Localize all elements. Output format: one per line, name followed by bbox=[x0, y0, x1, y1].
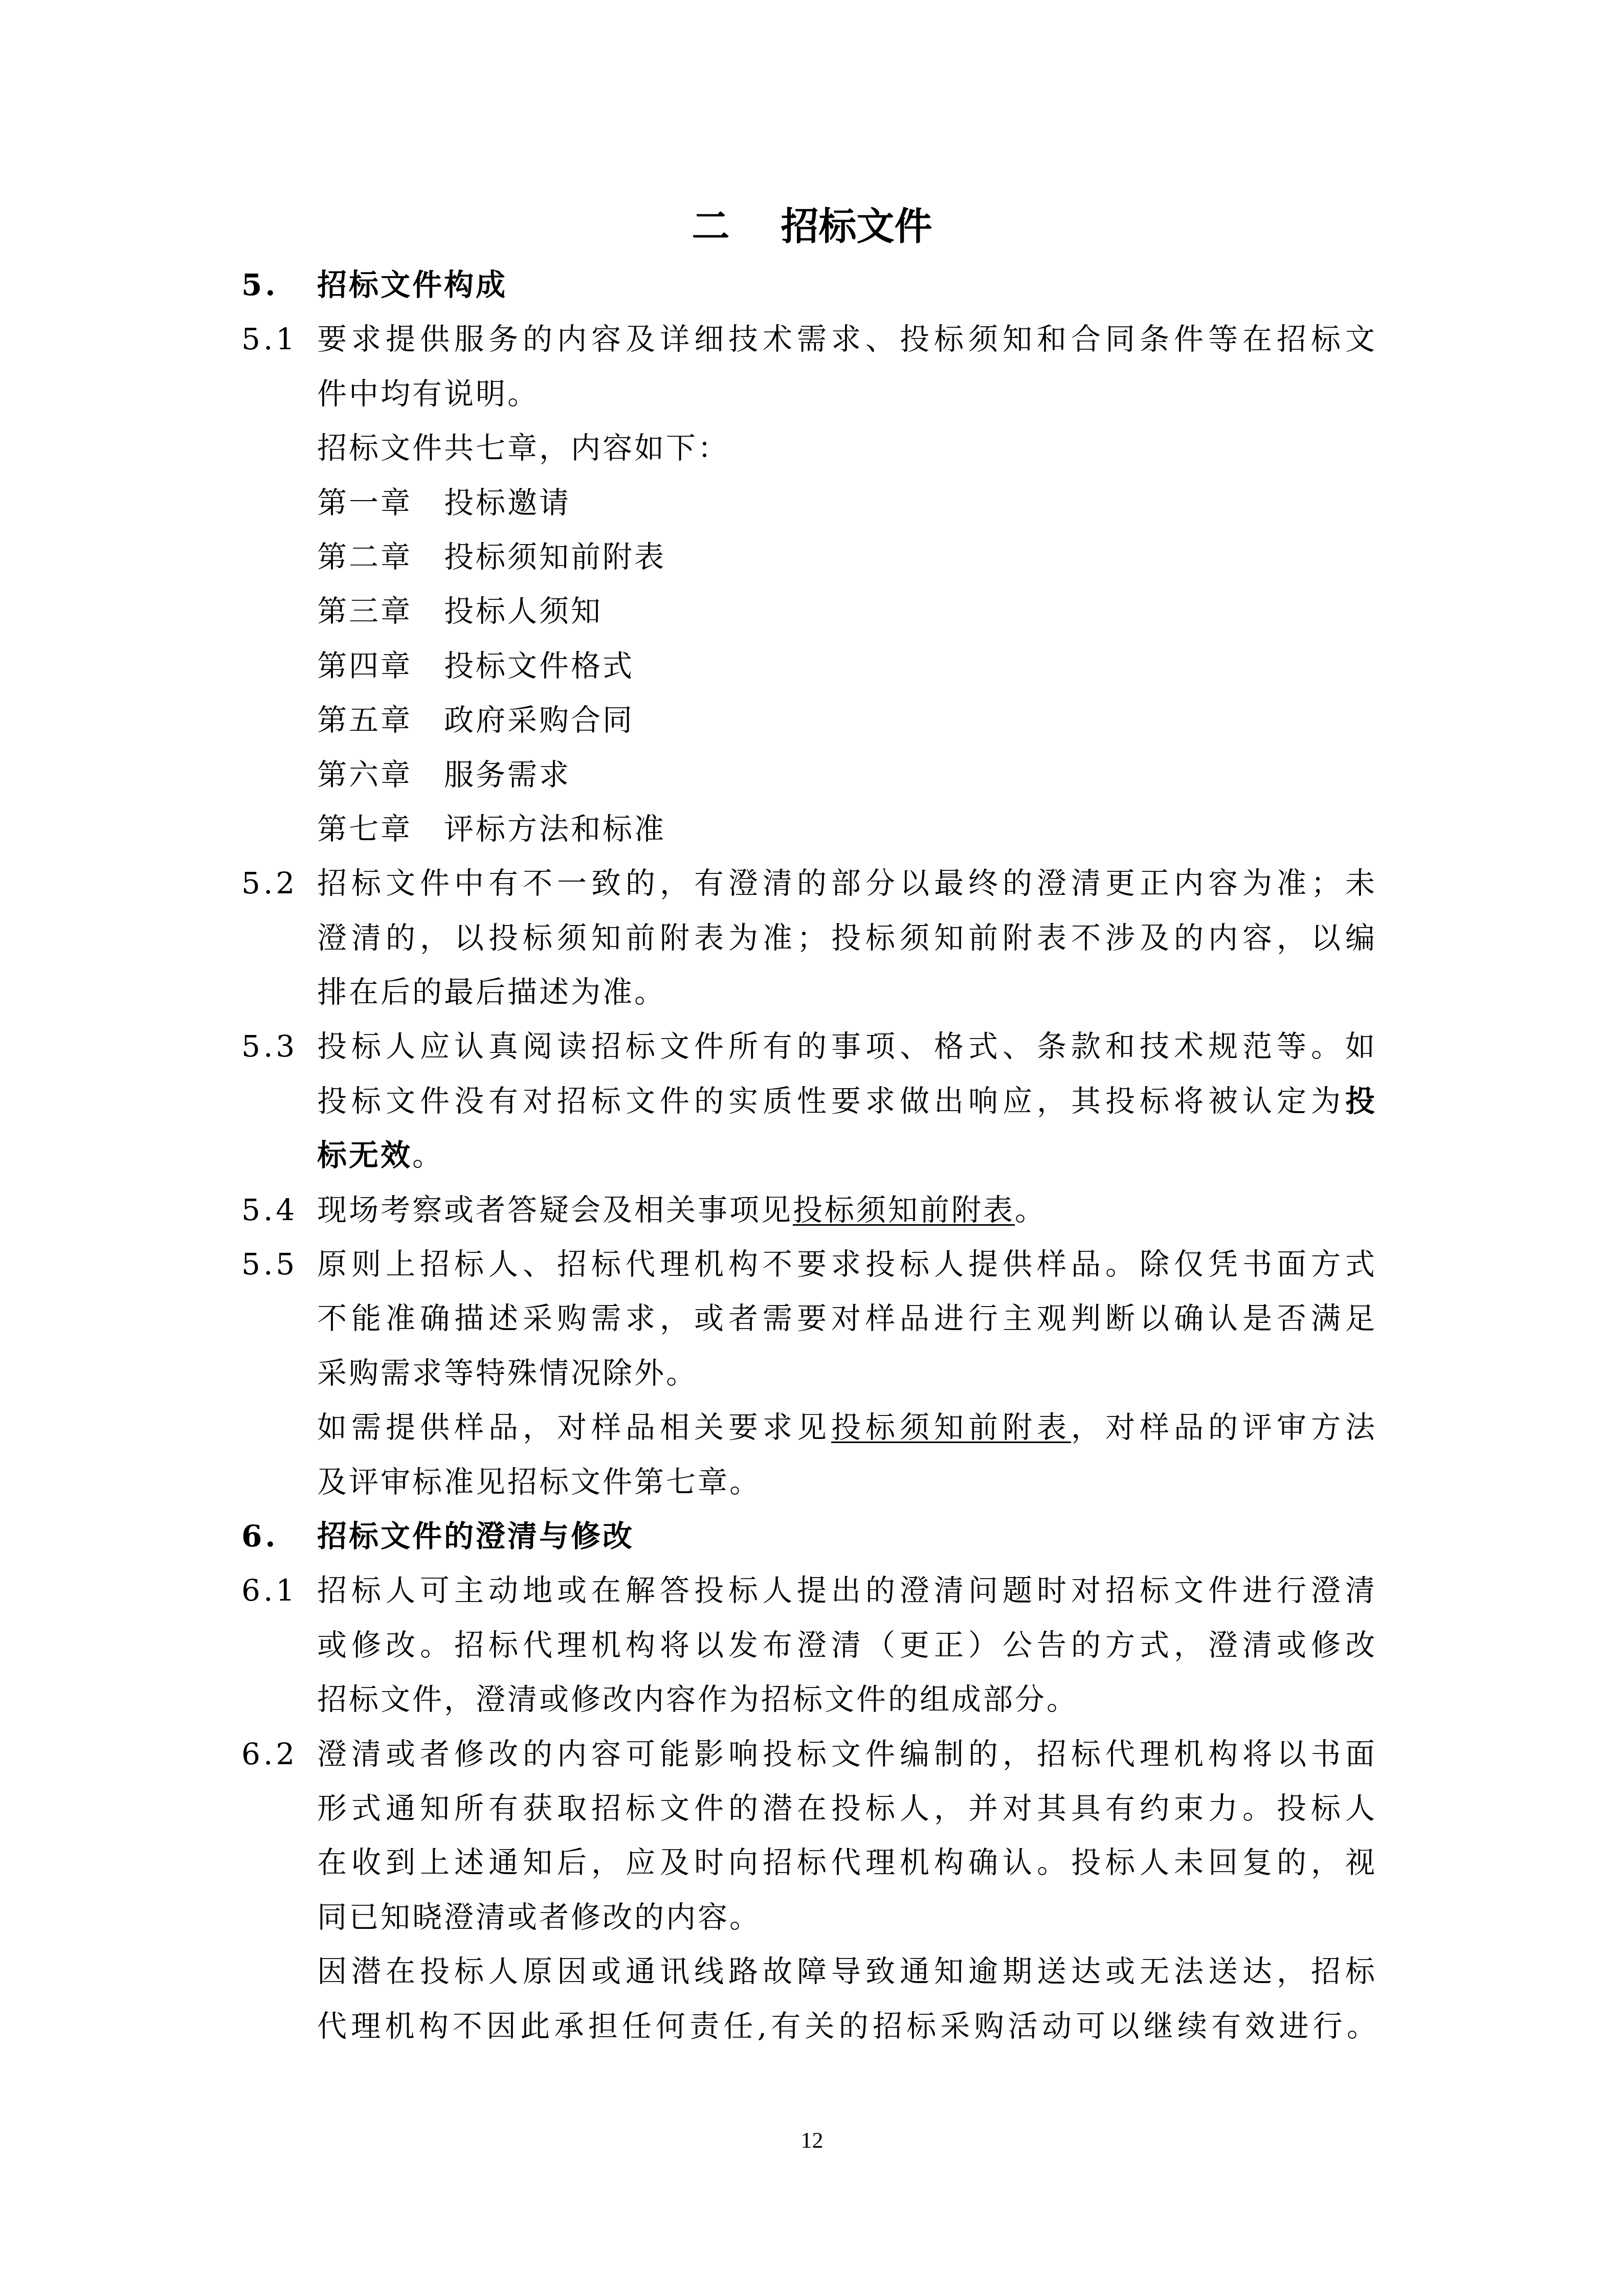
text-segment: 招标文件共七章，内容如下： bbox=[317, 431, 729, 465]
document-line: 在收到上述通知后，应及时向招标代理机构确认。投标人未回复的，视 bbox=[0, 1835, 1624, 1889]
document-line: 第一章 投标邀请 bbox=[0, 476, 1624, 530]
clause-number: 5.2 bbox=[241, 856, 298, 910]
text-segment: 或修改。招标代理机构将以发布澄清（更正）公告的方式，澄清或修改 bbox=[317, 1628, 1377, 1662]
text-segment: 招标人可主动地或在解答投标人提出的澄清问题时对招标文件进行澄清 bbox=[317, 1573, 1377, 1608]
text-segment: 在收到上述通知后，应及时向招标代理机构确认。投标人未回复的，视 bbox=[317, 1845, 1377, 1880]
text-segment: 第七章 评标方法和标准 bbox=[317, 812, 666, 846]
line-text: 原则上招标人、招标代理机构不要求投标人提供样品。除仅凭书面方式 bbox=[317, 1237, 1377, 1291]
section-title-text: 招标文件 bbox=[781, 205, 932, 249]
document-line: 及评审标准见招标文件第七章。 bbox=[0, 1455, 1624, 1509]
document-line: 不能准确描述采购需求，或者需要对样品进行主观判断以确认是否满足 bbox=[0, 1291, 1624, 1345]
text-segment: 招标文件构成 bbox=[317, 267, 507, 302]
text-segment: 第四章 投标文件格式 bbox=[317, 648, 634, 683]
line-text: 投标人应认真阅读招标文件所有的事项、格式、条款和技术规范等。如 bbox=[317, 1019, 1377, 1073]
clause-number: 5.3 bbox=[241, 1019, 298, 1073]
text-segment: 澄清或者修改的内容可能影响投标文件编制的，招标代理机构将以书面 bbox=[317, 1737, 1377, 1771]
cross-reference-link: 投标须知前附表 bbox=[793, 1192, 1015, 1227]
line-text: 第六章 服务需求 bbox=[317, 748, 1377, 802]
document-line: 澄清的，以投标须知前附表为准；投标须知前附表不涉及的内容，以编 bbox=[0, 911, 1624, 965]
document-line: 采购需求等特殊情况除外。 bbox=[0, 1346, 1624, 1400]
line-text: 件中均有说明。 bbox=[317, 367, 1377, 421]
text-segment: 澄清的，以投标须知前附表为准；投标须知前附表不涉及的内容，以编 bbox=[317, 920, 1377, 955]
clause-number: 5. bbox=[241, 258, 279, 312]
document-line: 如需提供样品，对样品相关要求见投标须知前附表，对样品的评审方法 bbox=[0, 1400, 1624, 1454]
text-segment: 第一章 投标邀请 bbox=[317, 485, 571, 520]
text-segment: 同已知晓澄清或者修改的内容。 bbox=[317, 1900, 761, 1934]
text-segment: 招标文件的澄清与修改 bbox=[317, 1519, 634, 1554]
text-segment: 排在后的最后描述为准。 bbox=[317, 975, 666, 1009]
text-segment: 要求提供服务的内容及详细技术需求、投标须知和合同条件等在招标文 bbox=[317, 322, 1377, 356]
line-text: 同已知晓澄清或者修改的内容。 bbox=[317, 1890, 1377, 1944]
line-text: 如需提供样品，对样品相关要求见投标须知前附表，对样品的评审方法 bbox=[317, 1400, 1377, 1454]
document-line: 第五章 政府采购合同 bbox=[0, 693, 1624, 747]
text-segment: 招标文件中有不一致的，有澄清的部分以最终的澄清更正内容为准；未 bbox=[317, 866, 1377, 901]
document-line: 投标文件没有对招标文件的实质性要求做出响应，其投标将被认定为投 bbox=[0, 1074, 1624, 1128]
document-line: 5.1要求提供服务的内容及详细技术需求、投标须知和合同条件等在招标文 bbox=[0, 312, 1624, 366]
section-title: 二招标文件 bbox=[0, 198, 1624, 255]
document-line: 招标文件，澄清或修改内容作为招标文件的组成部分。 bbox=[0, 1672, 1624, 1726]
clause-number: 6.2 bbox=[241, 1727, 298, 1781]
line-text: 招标人可主动地或在解答投标人提出的澄清问题时对招标文件进行澄清 bbox=[317, 1563, 1377, 1617]
clause-number: 6. bbox=[241, 1509, 279, 1563]
text-segment: 第六章 服务需求 bbox=[317, 757, 571, 792]
text-segment: 不能准确描述采购需求，或者需要对样品进行主观判断以确认是否满足 bbox=[317, 1301, 1377, 1336]
document-line: 5.3投标人应认真阅读招标文件所有的事项、格式、条款和技术规范等。如 bbox=[0, 1019, 1624, 1073]
clause-heading: 6.招标文件的澄清与修改 bbox=[0, 1509, 1624, 1563]
text-segment: 件中均有说明。 bbox=[317, 376, 539, 411]
document-line: 代理机构不因此承担任何责任,有关的招标采购活动可以继续有效进行。 bbox=[0, 1999, 1624, 2053]
document-line: 第三章 投标人须知 bbox=[0, 584, 1624, 638]
line-text: 招标文件中有不一致的，有澄清的部分以最终的澄清更正内容为准；未 bbox=[317, 856, 1377, 910]
clause-number: 5.1 bbox=[241, 312, 298, 366]
section-number: 二 bbox=[692, 198, 730, 255]
text-segment: 第三章 投标人须知 bbox=[317, 594, 603, 628]
line-text: 第二章 投标须知前附表 bbox=[317, 530, 1377, 584]
text-segment: 第二章 投标须知前附表 bbox=[317, 539, 666, 574]
clause-number: 5.4 bbox=[241, 1183, 298, 1237]
document-line: 5.2招标文件中有不一致的，有澄清的部分以最终的澄清更正内容为准；未 bbox=[0, 856, 1624, 910]
line-text: 或修改。招标代理机构将以发布澄清（更正）公告的方式，澄清或修改 bbox=[317, 1618, 1377, 1672]
text-segment: 投标文件没有对招标文件的实质性要求做出响应，其投标将被认定为 bbox=[317, 1084, 1345, 1118]
line-text: 要求提供服务的内容及详细技术需求、投标须知和合同条件等在招标文 bbox=[317, 312, 1377, 366]
text-segment: 形式通知所有获取招标文件的潜在投标人，并对其具有约束力。投标人 bbox=[317, 1791, 1377, 1826]
line-text: 澄清或者修改的内容可能影响投标文件编制的，招标代理机构将以书面 bbox=[317, 1727, 1377, 1781]
document-line: 6.2澄清或者修改的内容可能影响投标文件编制的，招标代理机构将以书面 bbox=[0, 1727, 1624, 1781]
emphasis-text: 标无效 bbox=[317, 1138, 412, 1173]
clause-heading: 5.招标文件构成 bbox=[0, 258, 1624, 312]
line-text: 现场考察或者答疑会及相关事项见投标须知前附表。 bbox=[317, 1183, 1377, 1237]
document-line: 6.1招标人可主动地或在解答投标人提出的澄清问题时对招标文件进行澄清 bbox=[0, 1563, 1624, 1617]
text-segment: 及评审标准见招标文件第七章。 bbox=[317, 1465, 761, 1499]
line-text: 形式通知所有获取招标文件的潜在投标人，并对其具有约束力。投标人 bbox=[317, 1781, 1377, 1835]
line-text: 标无效。 bbox=[317, 1128, 1377, 1182]
text-segment: 采购需求等特殊情况除外。 bbox=[317, 1356, 698, 1390]
text-segment: 如需提供样品，对样品相关要求见 bbox=[317, 1410, 831, 1445]
line-text: 第一章 投标邀请 bbox=[317, 476, 1377, 530]
text-segment: 。 bbox=[1015, 1192, 1047, 1227]
text-segment: 因潜在投标人原因或通讯线路故障导致通知逾期送达或无法送达，招标 bbox=[317, 1954, 1377, 1989]
document-line: 5.4现场考察或者答疑会及相关事项见投标须知前附表。 bbox=[0, 1183, 1624, 1237]
page-number: 12 bbox=[0, 2127, 1624, 2153]
emphasis-text: 投 bbox=[1345, 1084, 1377, 1118]
line-text: 不能准确描述采购需求，或者需要对样品进行主观判断以确认是否满足 bbox=[317, 1291, 1377, 1345]
line-text: 招标文件共七章，内容如下： bbox=[317, 421, 1377, 475]
text-segment: 。 bbox=[412, 1138, 444, 1173]
cross-reference-link: 投标须知前附表 bbox=[831, 1410, 1071, 1445]
line-text: 排在后的最后描述为准。 bbox=[317, 965, 1377, 1019]
line-text: 招标文件的澄清与修改 bbox=[317, 1509, 1377, 1563]
document-line: 标无效。 bbox=[0, 1128, 1624, 1182]
text-segment: 原则上招标人、招标代理机构不要求投标人提供样品。除仅凭书面方式 bbox=[317, 1247, 1377, 1281]
line-text: 采购需求等特殊情况除外。 bbox=[317, 1346, 1377, 1400]
document-line: 第六章 服务需求 bbox=[0, 748, 1624, 802]
line-text: 因潜在投标人原因或通讯线路故障导致通知逾期送达或无法送达，招标 bbox=[317, 1944, 1377, 1998]
document-line: 第四章 投标文件格式 bbox=[0, 639, 1624, 693]
document-line: 第二章 投标须知前附表 bbox=[0, 530, 1624, 584]
line-text: 第四章 投标文件格式 bbox=[317, 639, 1377, 693]
document-line: 件中均有说明。 bbox=[0, 367, 1624, 421]
document-line: 5.5原则上招标人、招标代理机构不要求投标人提供样品。除仅凭书面方式 bbox=[0, 1237, 1624, 1291]
document-line: 排在后的最后描述为准。 bbox=[0, 965, 1624, 1019]
document-line: 因潜在投标人原因或通讯线路故障导致通知逾期送达或无法送达，招标 bbox=[0, 1944, 1624, 1998]
line-text: 代理机构不因此承担任何责任,有关的招标采购活动可以继续有效进行。 bbox=[317, 1999, 1377, 2053]
line-text: 第七章 评标方法和标准 bbox=[317, 802, 1377, 856]
line-text: 第三章 投标人须知 bbox=[317, 584, 1377, 638]
text-segment: ，对样品的评审方法 bbox=[1071, 1410, 1377, 1445]
document-line: 或修改。招标代理机构将以发布澄清（更正）公告的方式，澄清或修改 bbox=[0, 1618, 1624, 1672]
document-line: 招标文件共七章，内容如下： bbox=[0, 421, 1624, 475]
text-segment: 投标人应认真阅读招标文件所有的事项、格式、条款和技术规范等。如 bbox=[317, 1029, 1377, 1064]
line-text: 澄清的，以投标须知前附表为准；投标须知前附表不涉及的内容，以编 bbox=[317, 911, 1377, 965]
document-body: 5.招标文件构成5.1要求提供服务的内容及详细技术需求、投标须知和合同条件等在招… bbox=[0, 258, 1624, 2053]
text-segment: 第五章 政府采购合同 bbox=[317, 703, 634, 737]
clause-number: 5.5 bbox=[241, 1237, 298, 1291]
text-segment: 现场考察或者答疑会及相关事项见 bbox=[317, 1192, 793, 1227]
clause-number: 6.1 bbox=[241, 1563, 298, 1617]
document-line: 同已知晓澄清或者修改的内容。 bbox=[0, 1890, 1624, 1944]
text-segment: 代理机构不因此承担任何责任,有关的招标采购活动可以继续有效进行。 bbox=[317, 2009, 1377, 2043]
line-text: 及评审标准见招标文件第七章。 bbox=[317, 1455, 1377, 1509]
line-text: 在收到上述通知后，应及时向招标代理机构确认。投标人未回复的，视 bbox=[317, 1835, 1377, 1889]
document-line: 形式通知所有获取招标文件的潜在投标人，并对其具有约束力。投标人 bbox=[0, 1781, 1624, 1835]
text-segment: 招标文件，澄清或修改内容作为招标文件的组成部分。 bbox=[317, 1682, 1078, 1717]
line-text: 招标文件构成 bbox=[317, 258, 1377, 312]
line-text: 投标文件没有对招标文件的实质性要求做出响应，其投标将被认定为投 bbox=[317, 1074, 1377, 1128]
document-line: 第七章 评标方法和标准 bbox=[0, 802, 1624, 856]
line-text: 第五章 政府采购合同 bbox=[317, 693, 1377, 747]
line-text: 招标文件，澄清或修改内容作为招标文件的组成部分。 bbox=[317, 1672, 1377, 1726]
